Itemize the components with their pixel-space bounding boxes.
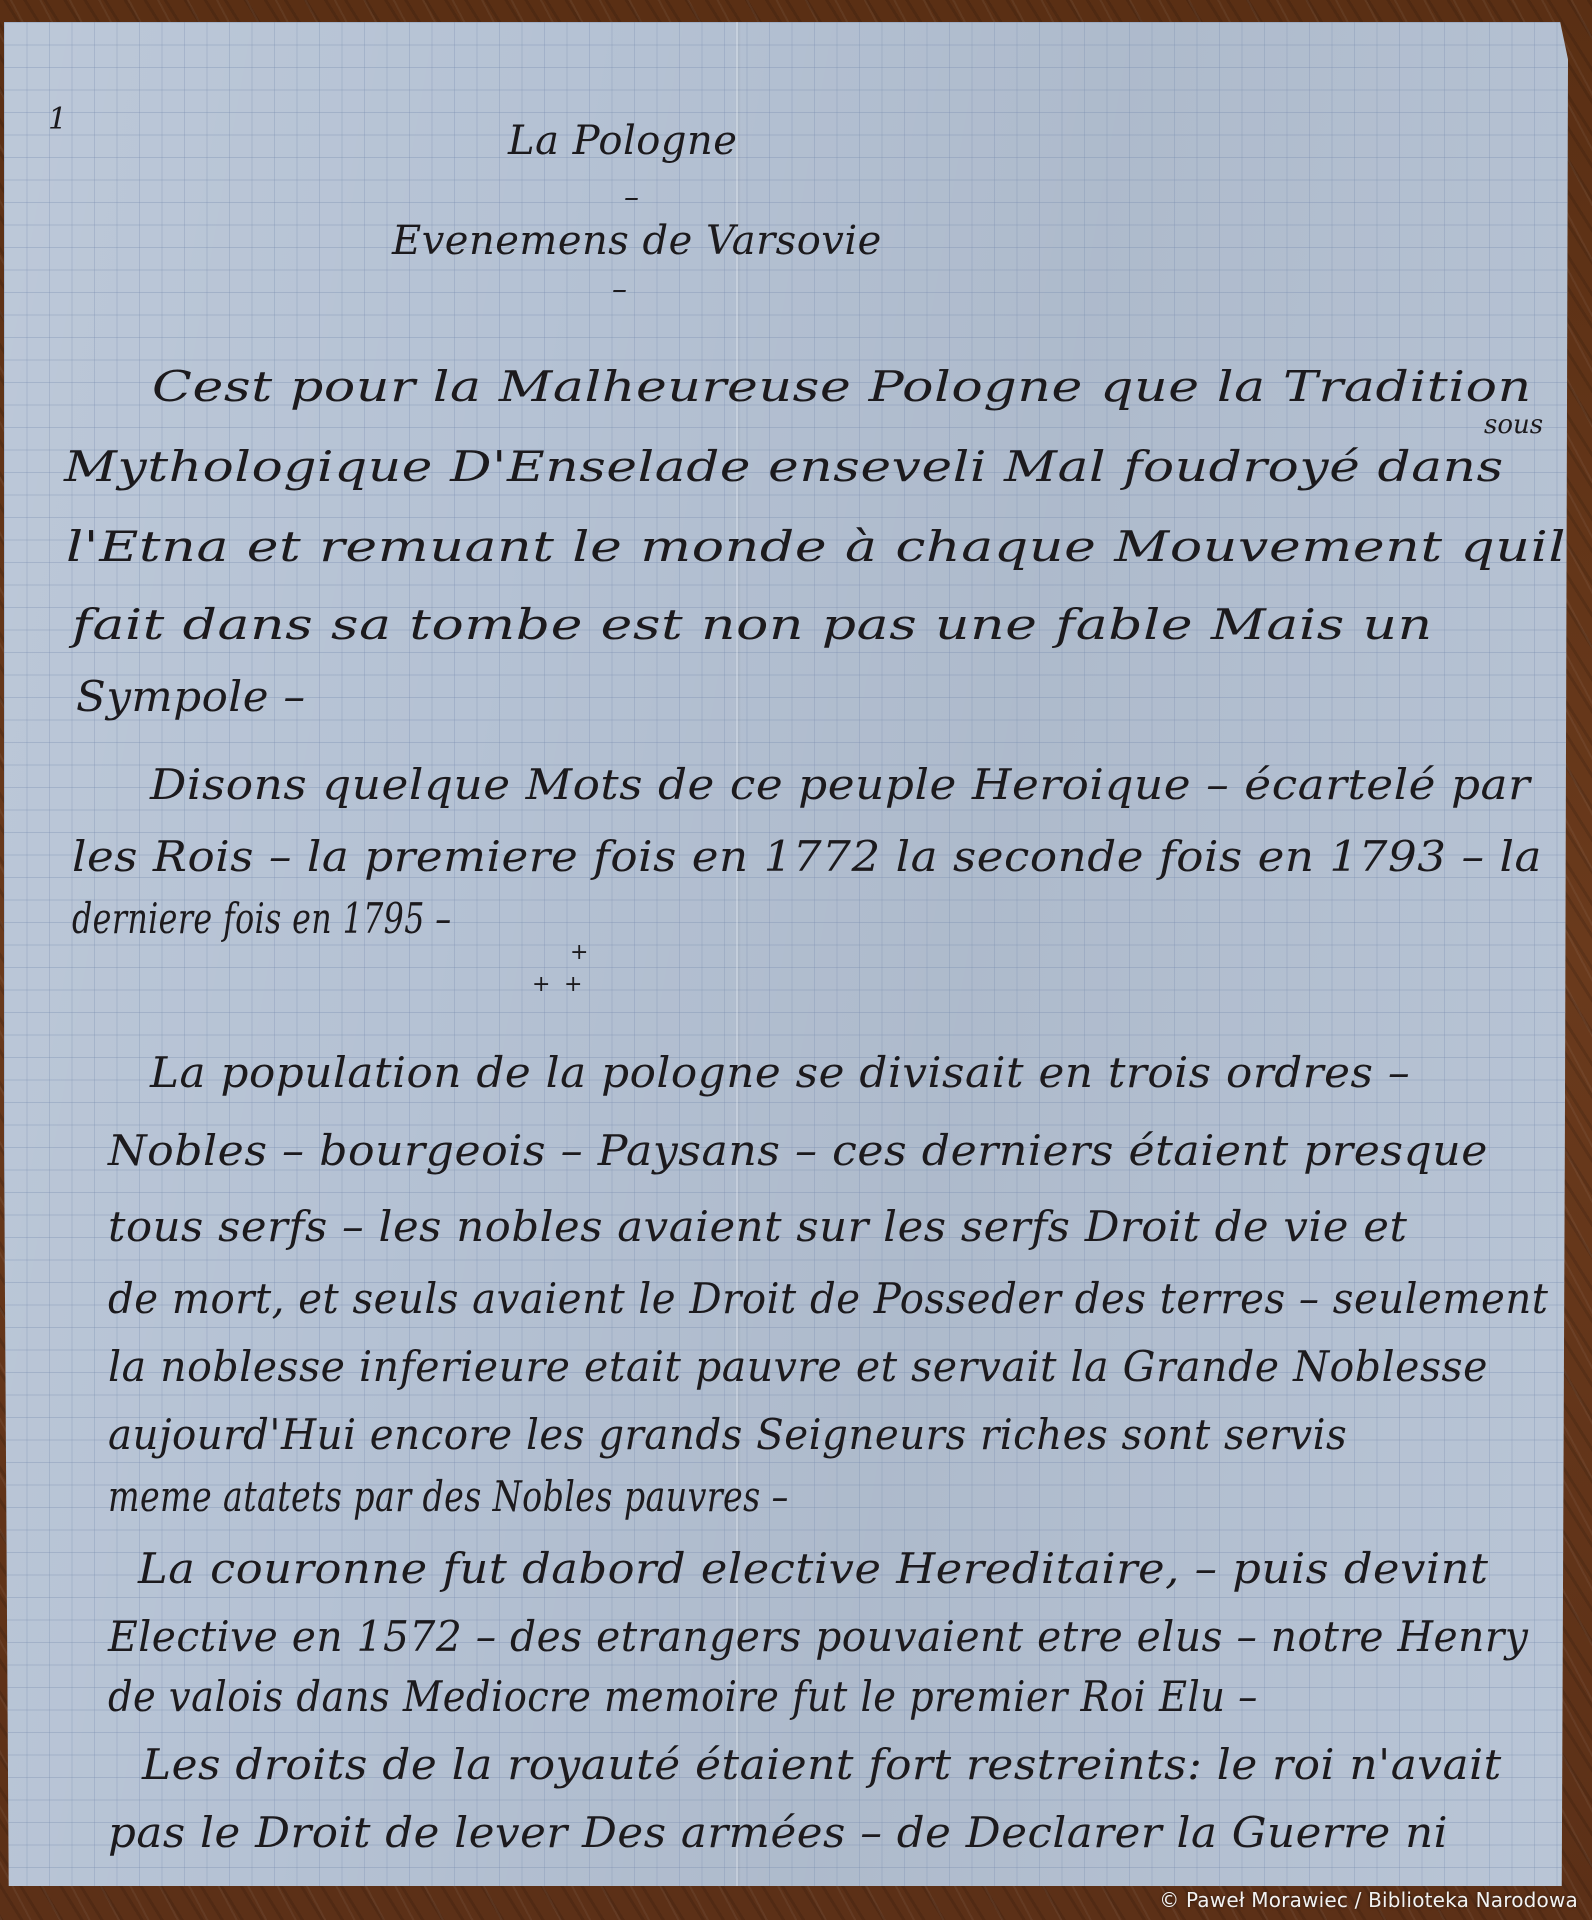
manuscript-title: La Pologne [508,118,737,164]
text-line-17: Elective en 1572 – des etrangers pouvaie… [108,1612,1528,1661]
text-line-20: pas le Droit de lever Des armées – de De… [108,1808,1448,1857]
text-line-5: Sympole – [76,672,306,721]
text-line-1: Cest pour la Malheureuse Pologne que la … [152,362,1532,411]
text-line-18: de valois dans Mediocre memoire fut le p… [108,1672,1258,1721]
text-line-10: Nobles – bourgeois – Paysans – ces derni… [108,1126,1488,1175]
text-line-14: aujourd'Hui encore les grands Seigneurs … [108,1410,1347,1459]
text-line-13: la noblesse inferieure etait pauvre et s… [108,1342,1488,1391]
text-line-6: Disons quelque Mots de ce peuple Heroiqu… [150,760,1530,809]
text-line-3: l'Etna et remuant le monde à chaque Mouv… [66,522,1566,571]
subtitle-separator: – [612,272,628,307]
title-separator: – [624,180,640,215]
text-line-4: fait dans sa tombe est non pas une fable… [72,600,1433,649]
text-line-19: Les droits de la royauté étaient fort re… [142,1740,1502,1789]
section-mark-right: + [564,972,582,997]
section-mark-left: + [532,972,550,997]
text-line-2: Mythologique D'Enselade enseveli Mal fou… [64,442,1504,491]
text-line-11: tous serfs – les nobles avaient sur les … [108,1202,1407,1251]
text-line-15: meme atatets par des Nobles pauvres – [108,1472,789,1521]
paper-fold-crease [736,22,738,1886]
page-number: 1 [48,102,68,137]
text-line-9: La population de la pologne se divisait … [150,1048,1410,1097]
text-line-16: La couronne fut dabord elective Heredita… [138,1544,1489,1593]
text-line-12: de mort, et seuls avaient le Droit de Po… [108,1274,1548,1323]
section-mark-top: + [570,940,588,965]
photo-credit: © Paweł Morawiec / Biblioteka Narodowa [1159,1888,1578,1912]
manuscript-page: 1 La Pologne – Evenemens de Varsovie – C… [4,22,1568,1886]
text-line-8: derniere fois en 1795 – [72,894,451,943]
manuscript-subtitle: Evenemens de Varsovie [392,218,882,264]
text-line-7: les Rois – la premiere fois en 1772 la s… [72,832,1542,881]
interlinear-correction: sous [1484,410,1543,440]
